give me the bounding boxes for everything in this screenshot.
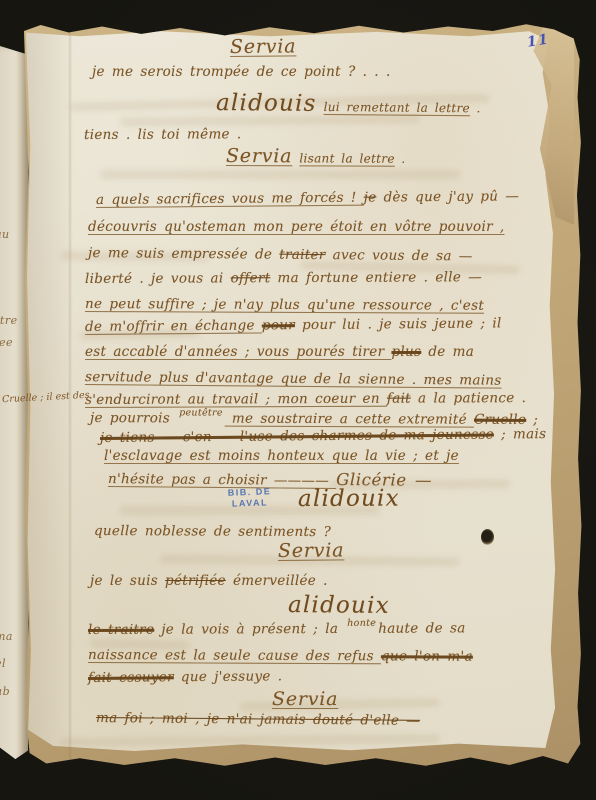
text-segment: liberté . je vous ai — [85, 270, 231, 287]
text-segment: quelle noblesse de sentiments ? — [94, 523, 331, 540]
text-segment: alidouis — [216, 90, 317, 117]
manuscript-line: quelle noblesse de sentiments ? — [94, 523, 331, 540]
text-segment: servitude plus d'avantage que de la sien… — [85, 369, 502, 389]
text-segment: ; mais — [494, 426, 546, 442]
manuscript-line: le traitre je la vois à présent ; la hon… — [88, 620, 466, 638]
text-segment: tiens . lis toi même . — [84, 126, 242, 143]
manuscript-line: je me suis empressée de traiter avec vou… — [88, 245, 473, 264]
manuscript-line: s'endurciront au travail ; mon coeur en … — [85, 390, 526, 408]
manuscript-line: découvris qu'osteman mon pere étoit en v… — [88, 219, 505, 235]
manuscript-line: Servia — [272, 688, 338, 710]
manuscript-line: tiens . lis toi même . — [84, 126, 242, 143]
manuscript-line: servitude plus d'avantage que de la sien… — [85, 369, 502, 389]
text-segment: l'esclavage est moins honteux que la vie… — [104, 448, 459, 464]
manuscript-line: ne peut suffire ; je n'ay plus qu'une re… — [85, 296, 484, 314]
manuscript-line: naissance est la seule cause des refus q… — [88, 647, 473, 665]
text-segment: fait essuyer — [88, 669, 174, 686]
text-segment: a la patience . — [411, 390, 526, 407]
text-segment: je me serois trompée de ce point ? . . . — [92, 64, 391, 80]
text-segment: offert — [231, 270, 271, 286]
text-segment: je — [364, 190, 377, 206]
text-segment: de m'offrir en échange — [85, 317, 262, 335]
text-segment: lui remettant la lettre — [324, 100, 470, 115]
stamp-line-2: LAVAL — [228, 497, 272, 510]
manuscript-line: Servia — [230, 35, 296, 58]
text-segment: Servia — [272, 688, 338, 710]
text-segment: ma fortune entiere . elle — — [270, 269, 482, 286]
text-segment: Servia — [226, 145, 292, 167]
text-segment: de ma — [421, 344, 474, 360]
manuscript-line: de m'offrir en échange pour pour lui . j… — [85, 315, 502, 335]
text-segment: avec vous de sa — — [325, 247, 472, 264]
text-segment: traiter — [279, 247, 325, 263]
manuscript-line: alidouix — [288, 592, 390, 619]
text-segment: plus — [391, 344, 421, 360]
text-segment: pour — [262, 317, 295, 333]
text-segment: le traitre — [88, 622, 154, 638]
text-segment: me soustraire a cette extremité — [225, 411, 474, 428]
text-segment: émerveillée . — [226, 573, 328, 589]
text-segment: je me suis empressée de — [88, 245, 279, 263]
text-segment: haute de sa — [378, 620, 465, 636]
manuscript-line: a quels sacrifices vous me forcés ! je d… — [96, 188, 519, 208]
manuscript-line: est accablé d'années ; vous pourés tirer… — [85, 344, 474, 360]
manuscript-line: je tiens — c'en — l'use des charmes de m… — [100, 426, 546, 446]
worm-hole — [481, 529, 494, 545]
text-segment: fait — [387, 391, 411, 407]
text-segment: lisant la lettre — [299, 151, 394, 165]
manuscript-line: je le suis pétrifiée émerveillée . — [90, 573, 328, 589]
manuscript-line: je me serois trompée de ce point ? . . . — [92, 64, 391, 80]
manuscript-line: liberté . je vous ai offert ma fortune e… — [85, 269, 482, 287]
text-segment: pour lui . je suis jeune ; il — [295, 315, 502, 333]
text-segment: ne peut suffire ; je n'ay plus qu'une re… — [85, 296, 484, 314]
text-segment: Servia — [230, 35, 296, 58]
text-segment: je pourrois — [90, 410, 177, 426]
manuscript-line: je pourrois peutêtre me soustraire a cet… — [90, 410, 538, 428]
text-segment: ma foi ; moi , je n'ai jamais douté d'el… — [96, 710, 420, 729]
text-segment: Servia — [278, 539, 344, 562]
text-segment: naissance est la seule cause des refus — [88, 647, 381, 664]
scanned-manuscript-view: auttreleemaelub Serviaje me serois tromp… — [0, 0, 596, 800]
text-segment: pétrifiée — [165, 573, 226, 589]
text-segment: alidouix — [298, 486, 400, 512]
text-segment: honte — [347, 618, 376, 629]
text-segment: alidouix — [288, 592, 390, 619]
text-segment: que j'essuye . — [174, 668, 283, 685]
text-segment: . — [470, 101, 481, 115]
text-segment: dès que j'ay pû — — [376, 188, 519, 205]
text-segment: s'endurciront au travail ; mon coeur en — [85, 391, 387, 408]
library-stamp: BIB. DE LAVAL — [228, 486, 272, 510]
manuscript-line: Servia — [278, 539, 344, 562]
text-segment: je tiens — c'en — l'use des charmes de m… — [100, 427, 494, 446]
manuscript-line: alidouis lui remettant la lettre . — [216, 90, 481, 118]
text-segment: je le suis — [90, 573, 165, 589]
manuscript-line: ma foi ; moi , je n'ai jamais douté d'el… — [96, 710, 420, 729]
manuscript-line: fait essuyer que j'essuye . — [88, 668, 282, 686]
text-segment: est accablé d'années ; vous pourés tirer — [85, 344, 391, 360]
text-segment: peutêtre — [179, 407, 223, 418]
text-segment: que l'on m'a — [381, 648, 473, 664]
text-segment: découvris qu'osteman mon pere étoit en v… — [88, 219, 505, 235]
text-segment: je la vois à présent ; la — [154, 621, 345, 638]
text-segment: a quels sacrifices vous me forcés ! — [96, 190, 364, 208]
manuscript-line: Servia lisant la lettre . — [226, 145, 406, 168]
manuscript-line: l'esclavage est moins honteux que la vie… — [104, 448, 459, 464]
manuscript-line: alidouix — [298, 486, 400, 512]
text-segment: . — [395, 152, 406, 166]
